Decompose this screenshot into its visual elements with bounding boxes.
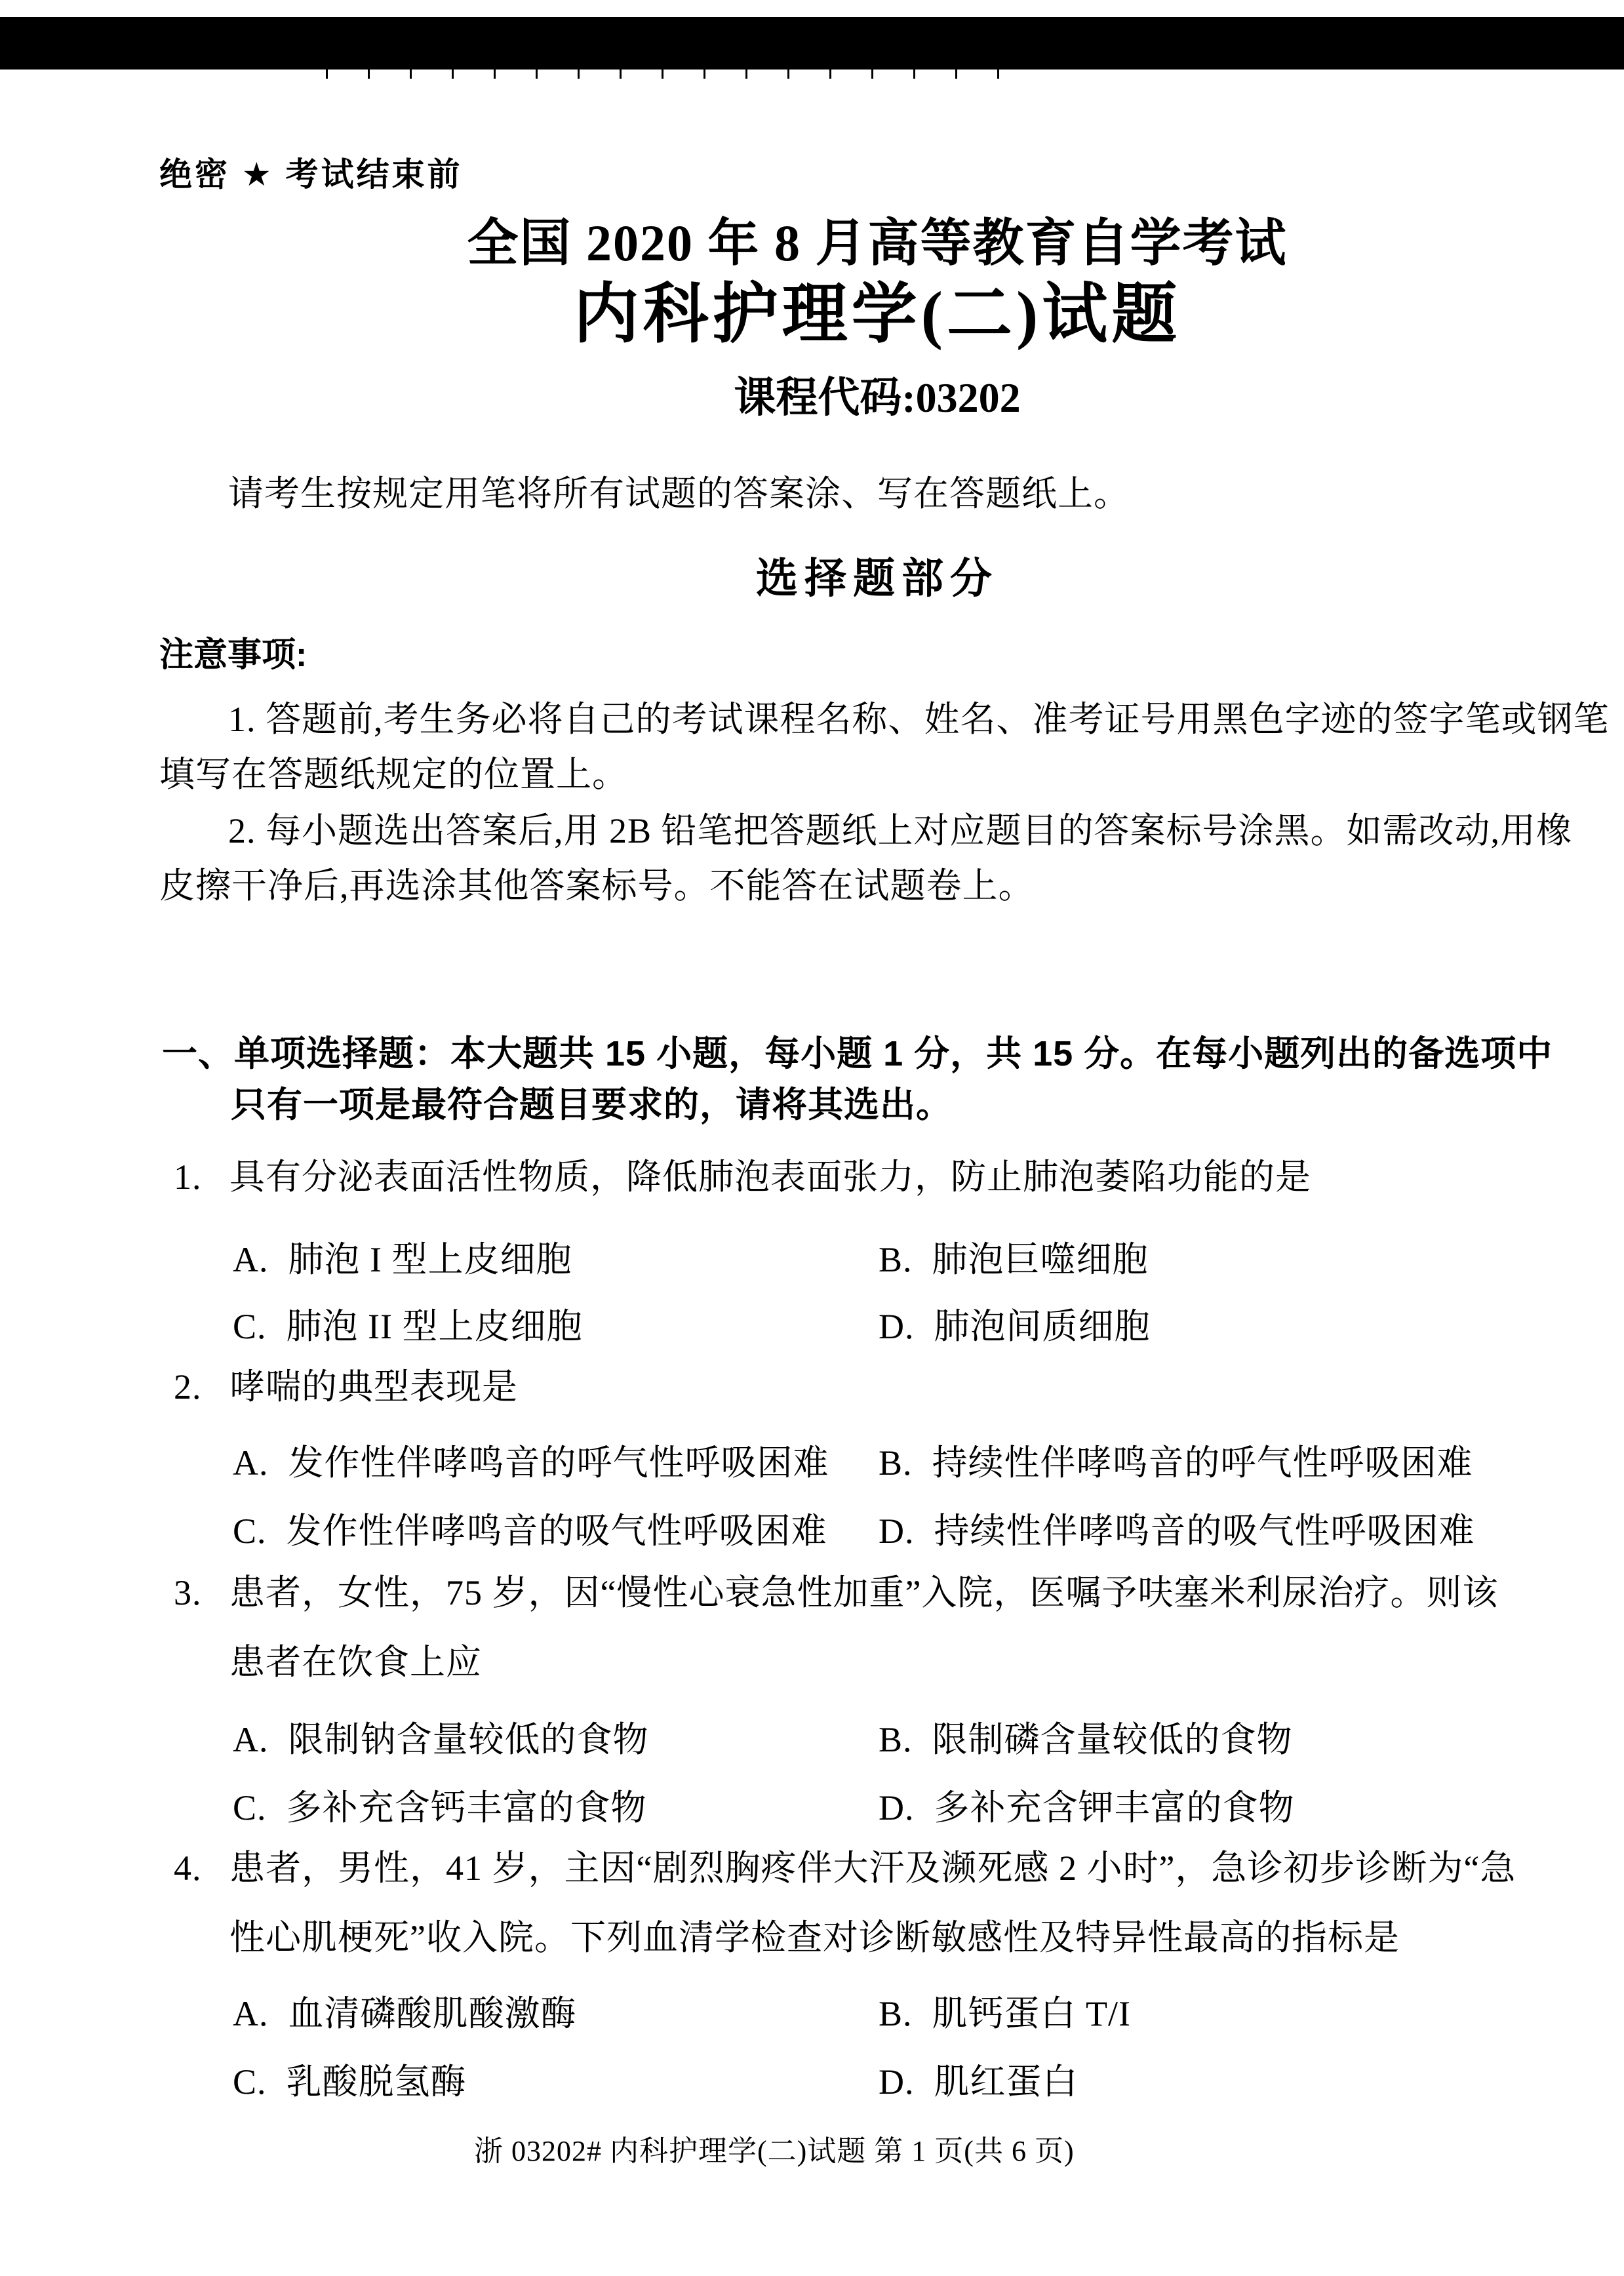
note-2-line-1: 2. 每小题选出答案后,用 2B 铅笔把答题纸上对应题目的答案标号涂黑。如需改动… — [228, 810, 1572, 851]
option-text: 发作性伴哮鸣音的吸气性呼吸困难 — [287, 1511, 827, 1551]
note-1-line-1: 1. 答题前,考生务必将自己的考试课程名称、姓名、准考证号用黑色字迹的签字笔或钢… — [228, 699, 1610, 740]
page-footer: 浙 03202# 内科护理学(二)试题 第 1 页(共 6 页) — [474, 2135, 1075, 2168]
star-icon: ★ — [242, 156, 274, 193]
option-text: 肺泡 II 型上皮细胞 — [287, 1307, 583, 1346]
option-b: B.肺泡巨噬细胞 — [879, 1231, 1149, 1282]
question-text: 哮喘的典型表现是 — [229, 1367, 518, 1407]
exam-title: 全国 2020 年 8 月高等教育自学考试 — [159, 214, 1595, 273]
option-text: 肺泡间质细胞 — [934, 1307, 1151, 1346]
option-a: A.肺泡 I 型上皮细胞 — [233, 1231, 572, 1282]
option-label: A. — [233, 1720, 269, 1759]
classification-line: 绝密 ★ 考试结束前 — [159, 156, 463, 194]
option-text: 乳酸脱氢酶 — [287, 2062, 467, 2102]
section-one-heading-line-1: 一、单项选择题：本大题共 15 小题，每小题 1 分，共 15 分。在每小题列出… — [162, 1033, 1553, 1074]
classification-label: 绝密 — [159, 156, 230, 193]
option-text: 肌钙蛋白 T/I — [932, 1994, 1131, 2033]
option-label: A. — [233, 1240, 269, 1279]
option-label: C. — [233, 1788, 267, 1827]
option-text: 血清磷酸肌酸激酶 — [288, 1994, 577, 2033]
question-3-continued: 患者在饮食上应 — [229, 1642, 482, 1683]
option-label: C. — [233, 2062, 267, 2102]
option-text: 肺泡 I 型上皮细胞 — [288, 1240, 572, 1279]
option-text: 持续性伴哮鸣音的吸气性呼吸困难 — [934, 1511, 1475, 1551]
option-label: A. — [233, 1443, 269, 1483]
option-text: 持续性伴哮鸣音的呼气性呼吸困难 — [932, 1443, 1473, 1483]
option-label: B. — [879, 1994, 913, 2033]
option-d: D.肺泡间质细胞 — [879, 1298, 1151, 1349]
option-label: D. — [879, 2062, 915, 2102]
note-1-line-2: 填写在答题纸规定的位置上。 — [159, 754, 628, 795]
option-a: A.限制钠含量较低的食物 — [233, 1711, 649, 1762]
option-text: 多补充含钾丰富的食物 — [934, 1788, 1295, 1827]
question-text: 具有分泌表面活性物质，降低肺泡表面张力，防止肺泡萎陷功能的是 — [229, 1157, 1311, 1197]
option-label: C. — [233, 1511, 267, 1551]
note-2-line-2: 皮擦干净后,再选涂其他答案标号。不能答在试题卷上。 — [159, 866, 1035, 906]
question-text: 患者，男性，41 岁，主因“剧烈胸疼伴大汗及濒死感 2 小时”，急诊初步诊断为“… — [229, 1848, 1516, 1888]
option-label: D. — [879, 1788, 915, 1827]
option-c: C.发作性伴哮鸣音的吸气性呼吸困难 — [233, 1503, 827, 1553]
option-label: D. — [879, 1307, 915, 1346]
option-c: C.乳酸脱氢酶 — [233, 2054, 467, 2104]
scan-noise-ticks — [326, 70, 1021, 79]
pre-exam-note: 考试结束前 — [286, 156, 463, 193]
option-text: 肺泡巨噬细胞 — [932, 1240, 1149, 1279]
paper-title: 内科护理学(二)试题 — [159, 277, 1595, 352]
option-b: B.肌钙蛋白 T/I — [879, 1986, 1131, 2036]
option-text: 限制磷含量较低的食物 — [932, 1720, 1293, 1759]
option-d: D.多补充含钾丰富的食物 — [879, 1780, 1295, 1830]
option-label: D. — [879, 1511, 915, 1551]
question-4-continued: 性心肌梗死”收入院。下列血清学检查对诊断敏感性及特异性最高的指标是 — [229, 1917, 1400, 1958]
option-text: 肌红蛋白 — [934, 2062, 1079, 2102]
course-code: 课程代码:03202 — [159, 374, 1595, 422]
question-text: 患者，女性，75 岁，因“慢性心衰急性加重”入院，医嘱予呋塞米利尿治疗。则该 — [229, 1572, 1498, 1613]
part-heading: 选择题部分 — [159, 555, 1595, 603]
option-label: B. — [879, 1443, 913, 1483]
option-text: 限制钠含量较低的食物 — [288, 1720, 649, 1759]
question-number: 1. — [174, 1157, 202, 1197]
question-number: 3. — [174, 1572, 202, 1613]
option-label: A. — [233, 1994, 269, 2033]
question-number: 4. — [174, 1848, 202, 1888]
option-b: B.限制磷含量较低的食物 — [879, 1711, 1293, 1762]
option-label: B. — [879, 1240, 913, 1279]
option-label: C. — [233, 1307, 267, 1346]
option-d: D.持续性伴哮鸣音的吸气性呼吸困难 — [879, 1503, 1475, 1553]
option-text: 发作性伴哮鸣音的呼气性呼吸困难 — [288, 1443, 829, 1483]
option-d: D.肌红蛋白 — [879, 2054, 1079, 2104]
option-b: B.持续性伴哮鸣音的呼气性呼吸困难 — [879, 1435, 1473, 1485]
section-one-heading-line-2: 只有一项是最符合题目要求的，请将其选出。 — [231, 1085, 952, 1125]
option-a: A.发作性伴哮鸣音的呼气性呼吸困难 — [233, 1435, 829, 1485]
option-c: C.多补充含钙丰富的食物 — [233, 1780, 647, 1830]
exam-paper-page: 绝密 ★ 考试结束前 全国 2020 年 8 月高等教育自学考试 内科护理学(二… — [0, 0, 1624, 2276]
option-label: B. — [879, 1720, 913, 1759]
question-number: 2. — [174, 1367, 202, 1407]
notes-title: 注意事项: — [159, 636, 307, 675]
answer-sheet-instruction: 请考生按规定用笔将所有试题的答案涂、写在答题纸上。 — [228, 473, 1130, 514]
scan-top-black-bar — [0, 17, 1624, 70]
option-text: 多补充含钙丰富的食物 — [287, 1788, 647, 1827]
option-c: C.肺泡 II 型上皮细胞 — [233, 1298, 583, 1349]
option-a: A.血清磷酸肌酸激酶 — [233, 1986, 577, 2036]
